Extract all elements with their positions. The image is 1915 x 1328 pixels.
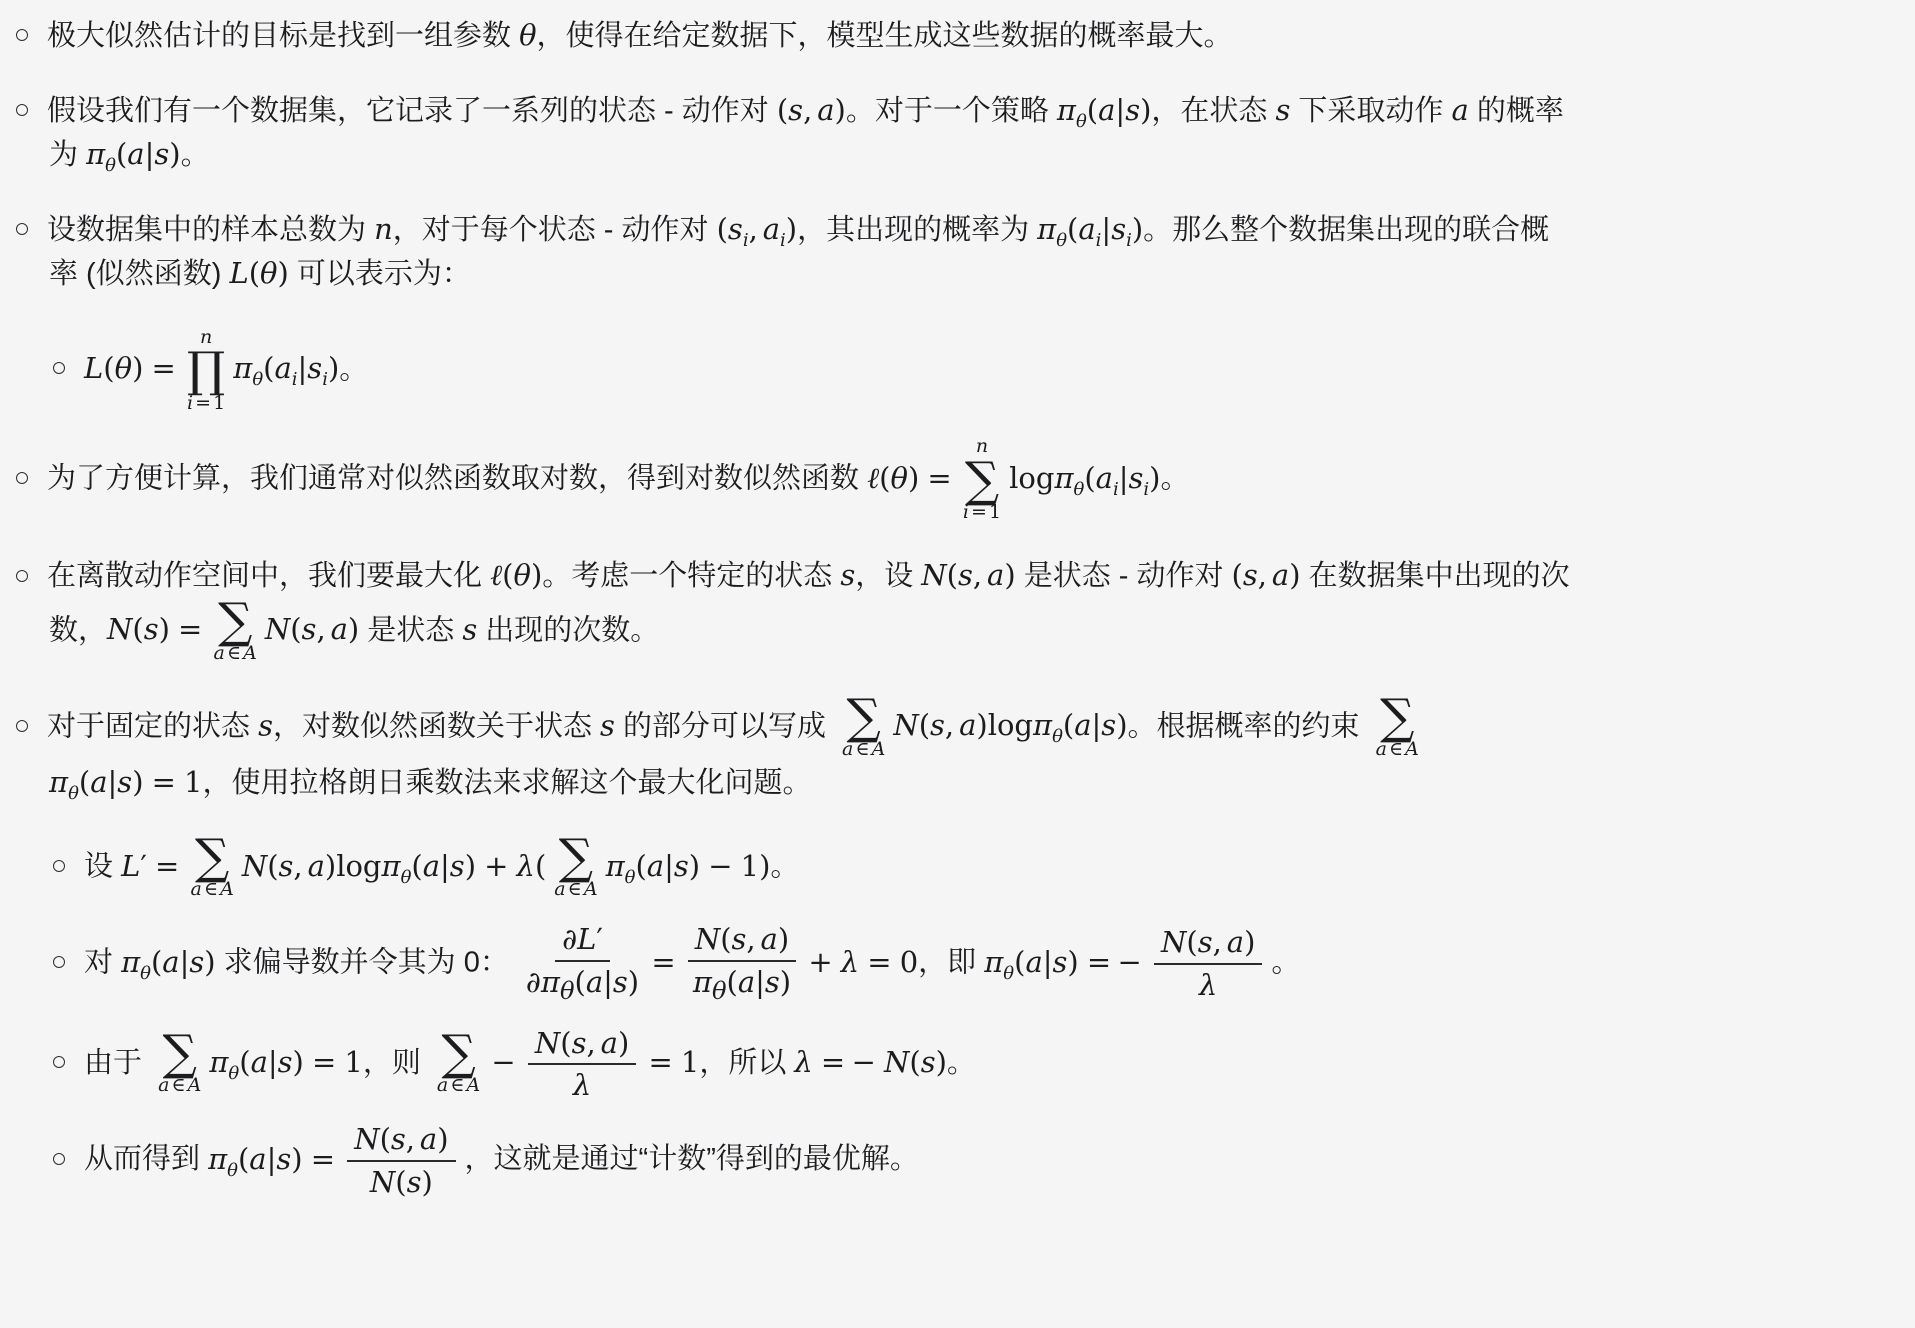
math-inline: θ <box>519 18 536 52</box>
list-item: 为了方便计算，我们通常对似然函数取对数，得到对数似然函数 ℓ(θ)=n∑i=1l… <box>16 436 1576 524</box>
text-run: 可以表示为： <box>289 258 471 290</box>
list-item-content: 由于 ∑a∈Aπθ(a|s)=1，则 ∑a∈A−N(s,a)λ=1，所以 λ=−… <box>53 1027 1576 1102</box>
text-run: ，所以 <box>699 1047 794 1079</box>
text-run: ，则 <box>363 1047 429 1079</box>
fraction-denominator: ∂πθ(a|s) <box>526 962 639 1005</box>
list-item: 从而得到 πθ(a|s)=N(s,a)N(s)，这就是通过“计数”得到的最优解。 <box>53 1123 1576 1198</box>
sum-operator: ∑a∈A <box>158 1031 201 1097</box>
math-inline: πθ(a|s) <box>121 945 216 979</box>
operator-lower-limit: a∈A <box>1376 739 1419 761</box>
text-run: 假设我们有一个数据集，它记录了一系列的状态 - 动作对 <box>47 95 777 127</box>
text-run: ，使用拉格朗日乘数法来求解这个最大化问题。 <box>203 767 812 799</box>
list-item-content: L(θ)=n∏i=1πθ(ai|si)。 <box>53 327 1576 415</box>
text-run: 是状态 - 动作对 <box>1016 560 1232 592</box>
text-run: 设数据集中的样本总数为 <box>47 214 374 246</box>
fraction: N(s,a)λ <box>1154 926 1262 1001</box>
fraction-denominator: λ <box>1199 965 1217 1001</box>
bullet-icon <box>16 104 28 116</box>
big-operator-glyph: ∑ <box>1380 695 1414 739</box>
math-inline: s <box>462 612 477 646</box>
math-inline: πθ(a|s)−1) <box>606 849 771 883</box>
sum-operator: ∑a∈A <box>842 695 885 761</box>
fraction-numerator: N(s,a) <box>1154 926 1262 964</box>
math-inline: (si,ai) <box>717 212 797 246</box>
text-run: ，其出现的概率为 <box>797 214 1037 246</box>
text-run: ，对数似然函数关于状态 <box>273 710 600 742</box>
math-inline: πθ(ai|si) <box>1037 212 1143 246</box>
math-inline: πθ(a|s)= <box>208 1142 338 1176</box>
fraction: N(s,a)N(s) <box>347 1123 455 1198</box>
math-inline: πθ(a|s) <box>86 137 181 171</box>
math-inline: ℓ(θ) <box>490 558 542 592</box>
bullet-icon <box>53 1153 65 1165</box>
math-inline: πθ(a|s) <box>1057 93 1152 127</box>
math-inline: N(s,a) <box>265 612 359 646</box>
math-inline: (s,a) <box>777 93 846 127</box>
operator-lower-limit: a∈A <box>437 1075 480 1097</box>
text-run: 设 <box>84 851 121 883</box>
math-inline: ℓ(θ)= <box>867 461 955 495</box>
sum-operator: ∑a∈A <box>191 835 234 901</box>
text-run: 。 <box>339 353 368 385</box>
notes-document: 极大似然估计的目标是找到一组参数 θ，使得在给定数据下，模型生成这些数据的概率最… <box>0 0 1586 1230</box>
list-item-content: 为了方便计算，我们通常对似然函数取对数，得到对数似然函数 ℓ(θ)=n∑i=1l… <box>16 436 1576 524</box>
bullet-icon <box>16 223 28 235</box>
math-inline: a <box>1451 93 1468 127</box>
list-item: L(θ)=n∏i=1πθ(ai|si)。 <box>53 327 1576 415</box>
text-run: 在离散动作空间中，我们要最大化 <box>47 560 490 592</box>
math-inline: s <box>840 558 855 592</box>
text-run: ，在状态 <box>1151 95 1275 127</box>
math-inline: =1 <box>645 1045 699 1079</box>
list-item: 在离散动作空间中，我们要最大化 ℓ(θ)。考虑一个特定的状态 s，设 N(s,a… <box>16 554 1576 665</box>
big-operator-glyph: ∑ <box>195 835 229 879</box>
list-item: 对 πθ(a|s) 求偏导数并令其为 0： ∂L′∂πθ(a|s)=N(s,a)… <box>53 923 1576 1004</box>
math-inline: πθ(a|s)=− <box>984 945 1145 979</box>
text-run: 。根据概率的约束 <box>1128 710 1368 742</box>
text-run: 从而得到 <box>84 1144 208 1176</box>
sum-operator: ∑a∈A <box>437 1031 480 1097</box>
math-inline: L(θ) <box>229 256 288 290</box>
math-inline: +λ=0 <box>805 945 918 979</box>
text-run: 。 <box>1160 463 1189 495</box>
list-item-content: 从而得到 πθ(a|s)=N(s,a)N(s)，这就是通过“计数”得到的最优解。 <box>53 1123 1576 1198</box>
fraction-numerator: N(s,a) <box>528 1027 636 1065</box>
list-item-content: 在离散动作空间中，我们要最大化 ℓ(θ)。考虑一个特定的状态 s，设 N(s,a… <box>16 554 1576 665</box>
list-item-content: 对 πθ(a|s) 求偏导数并令其为 0： ∂L′∂πθ(a|s)=N(s,a)… <box>53 923 1576 1004</box>
math-inline: N(s,a)logπθ(a|s)+λ( <box>242 849 546 883</box>
fraction: N(s,a)πθ(a|s) <box>688 923 796 1004</box>
operator-lower-limit: a∈A <box>842 739 885 761</box>
list-item: 对于固定的状态 s，对数似然函数关于状态 s 的部分可以写成 ∑a∈AN(s,a… <box>16 695 1576 806</box>
text-run: 的部分可以写成 <box>615 710 834 742</box>
operator-lower-limit: a∈A <box>214 643 257 665</box>
math-inline: L′= <box>121 849 182 883</box>
math-inline: πθ(a|s)=1 <box>209 1045 363 1079</box>
big-operator-glyph: ∑ <box>441 1031 475 1075</box>
math-inline: N(s,a)logπθ(a|s) <box>893 708 1127 742</box>
text-run: 。考虑一个特定的状态 <box>542 560 840 592</box>
text-run: ，这就是通过“计数”得到的最优解。 <box>465 1144 919 1176</box>
text-run: ，即 <box>918 947 984 979</box>
text-run: 。 <box>947 1047 976 1079</box>
operator-lower-limit: a∈A <box>158 1075 201 1097</box>
product-operator: n∏i=1 <box>187 327 225 415</box>
math-inline: n <box>374 212 393 246</box>
operator-lower-limit: a∈A <box>554 879 597 901</box>
math-inline: L(θ)= <box>84 351 179 385</box>
text-run: ，对于每个状态 - 动作对 <box>393 214 717 246</box>
bullet-icon <box>53 860 65 872</box>
fraction: ∂L′∂πθ(a|s) <box>526 923 639 1004</box>
operator-lower-limit: i=1 <box>187 393 225 415</box>
text-run: 为了方便计算，我们通常对似然函数取对数，得到对数似然函数 <box>47 463 867 495</box>
list-item: 设 L′=∑a∈AN(s,a)logπθ(a|s)+λ(∑a∈Aπθ(a|s)−… <box>53 835 1576 901</box>
list-item: 假设我们有一个数据集，它记录了一系列的状态 - 动作对 (s,a)。对于一个策略… <box>16 89 1576 178</box>
operator-lower-limit: i=1 <box>963 502 1001 524</box>
big-operator-glyph: ∑ <box>163 1031 197 1075</box>
sum-operator: ∑a∈A <box>1376 695 1419 761</box>
fraction: N(s,a)λ <box>528 1027 636 1102</box>
bullet-icon <box>16 29 28 41</box>
math-inline: λ=−N(s) <box>794 1045 947 1079</box>
bullet-icon <box>16 720 28 732</box>
math-inline: N(s)= <box>107 612 206 646</box>
big-operator-glyph: ∑ <box>218 599 252 643</box>
bullet-icon <box>16 570 28 582</box>
math-inline: = <box>648 945 679 979</box>
list-item: 极大似然估计的目标是找到一组参数 θ，使得在给定数据下，模型生成这些数据的概率最… <box>16 14 1576 59</box>
text-run: 。对于一个策略 <box>846 95 1057 127</box>
math-inline: πθ(ai|si) <box>233 351 339 385</box>
list-item: 设数据集中的样本总数为 n，对于每个状态 - 动作对 (si,ai)，其出现的概… <box>16 208 1576 297</box>
text-run: 。 <box>1271 947 1300 979</box>
fraction-denominator: πθ(a|s) <box>693 962 791 1005</box>
list-item-content: 极大似然估计的目标是找到一组参数 θ，使得在给定数据下，模型生成这些数据的概率最… <box>16 14 1576 59</box>
fraction-numerator: ∂L′ <box>555 923 610 961</box>
list-item-content: 假设我们有一个数据集，它记录了一系列的状态 - 动作对 (s,a)。对于一个策略… <box>16 89 1576 178</box>
fraction-numerator: N(s,a) <box>347 1123 455 1161</box>
sum-operator: ∑a∈A <box>554 835 597 901</box>
fraction-numerator: N(s,a) <box>688 923 796 961</box>
sum-operator: ∑a∈A <box>214 599 257 665</box>
text-run: 由于 <box>84 1047 150 1079</box>
math-inline: s <box>258 708 273 742</box>
text-run: 极大似然估计的目标是找到一组参数 <box>47 20 519 52</box>
list-item-content: 设数据集中的样本总数为 n，对于每个状态 - 动作对 (si,ai)，其出现的概… <box>16 208 1576 297</box>
list-item-content: 对于固定的状态 s，对数似然函数关于状态 s 的部分可以写成 ∑a∈AN(s,a… <box>16 695 1576 806</box>
math-inline: s <box>600 708 615 742</box>
text-run: 。 <box>181 139 210 171</box>
text-run: 。 <box>770 851 799 883</box>
text-run: ，设 <box>855 560 921 592</box>
bullet-icon <box>53 362 65 374</box>
math-inline: (s,a) <box>1232 558 1301 592</box>
text-run: ，使得在给定数据下，模型生成这些数据的概率最大。 <box>537 20 1233 52</box>
bullet-icon <box>53 956 65 968</box>
sum-operator: n∑i=1 <box>963 436 1001 524</box>
math-inline: − <box>488 1045 519 1079</box>
math-inline: πθ(a|s)=1 <box>49 765 203 799</box>
text-run: 是状态 <box>359 614 462 646</box>
operator-lower-limit: a∈A <box>191 879 234 901</box>
text-run: 对于固定的状态 <box>47 710 258 742</box>
big-operator-glyph: ∑ <box>965 458 999 502</box>
document-body: 极大似然估计的目标是找到一组参数 θ，使得在给定数据下，模型生成这些数据的概率最… <box>16 14 1576 1198</box>
fraction-denominator: N(s) <box>370 1162 433 1198</box>
fraction-denominator: λ <box>573 1065 591 1101</box>
math-inline: s <box>1275 93 1290 127</box>
list-item: 由于 ∑a∈Aπθ(a|s)=1，则 ∑a∈A−N(s,a)λ=1，所以 λ=−… <box>53 1027 1576 1102</box>
big-operator-glyph: ∏ <box>187 348 225 392</box>
math-inline: logπθ(ai|si) <box>1009 461 1160 495</box>
list-item-content: 设 L′=∑a∈AN(s,a)logπθ(a|s)+λ(∑a∈Aπθ(a|s)−… <box>53 835 1576 901</box>
text-run: 下采取动作 <box>1290 95 1451 127</box>
bullet-icon <box>16 472 28 484</box>
big-operator-glyph: ∑ <box>847 695 881 739</box>
math-inline: N(s,a) <box>921 558 1015 592</box>
text-run: 出现的次数。 <box>477 614 659 646</box>
text-run: 求偏导数并令其为 0： <box>216 947 517 979</box>
text-run: 对 <box>84 947 121 979</box>
bullet-icon <box>53 1056 65 1068</box>
big-operator-glyph: ∑ <box>559 835 593 879</box>
